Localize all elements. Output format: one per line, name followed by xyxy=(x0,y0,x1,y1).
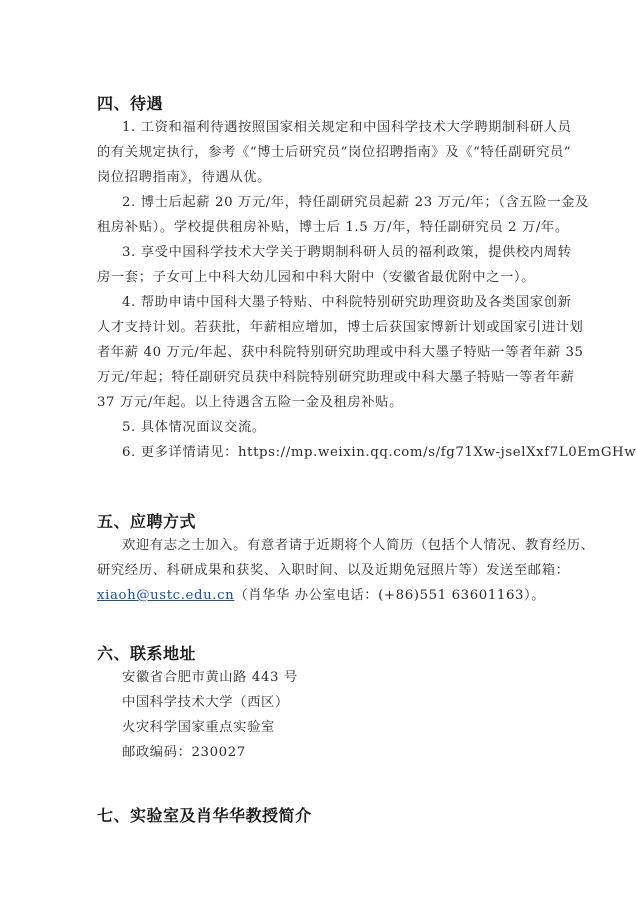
address-street: 安徽省合肥市黄山路 443 号 xyxy=(122,670,541,686)
benefits-item-4-line5: 37 万元/年起。以上待遇含五险一金及租房补贴。 xyxy=(97,395,541,411)
benefits-item-1-line1: 1. 工资和福利待遇按照国家相关规定和中国科学技术大学聘期制科研人员 xyxy=(122,120,541,136)
address-university: 中国科学技术大学（西区） xyxy=(122,695,541,711)
application-line1: 欢迎有志之士加入。有意者请于近期将个人简历（包括个人情况、教育经历、 xyxy=(122,538,541,554)
section-heading-address: 六、联系地址 xyxy=(97,641,196,664)
section-heading-benefits: 四、待遇 xyxy=(97,91,163,114)
contact-phone-text: （肖华华 办公室电话：(+86)551 63601163）。 xyxy=(234,588,545,603)
section-heading-lab-intro: 七、实验室及肖华华教授简介 xyxy=(97,803,312,826)
benefits-item-1-line3: 岗位招聘指南》，待遇从优。 xyxy=(97,170,541,186)
benefits-item-2-line1: 2. 博士后起薪 20 万元/年，特任副研究员起薪 23 万元/年；（含五险一金… xyxy=(122,195,541,211)
benefits-item-3-line1: 3. 享受中国科学技术大学关于聘期制科研人员的福利政策，提供校内周转 xyxy=(122,245,541,261)
benefits-item-4-line2: 人才支持计划。若获批，年薪相应增加，博士后获国家博新计划或国家引进计划 xyxy=(97,320,541,336)
email-link[interactable]: xiaoh@ustc.edu.cn xyxy=(97,588,234,603)
application-line2: 研究经历、科研成果和获奖、入职时间、以及近期免冠照片等）发送至邮箱： xyxy=(97,563,541,579)
benefits-item-4-line3: 者年薪 40 万元/年起、获中科院特别研究助理或中科大墨子特贴一等者年薪 35 xyxy=(97,345,541,361)
benefits-item-2-line2: 租房补贴）。学校提供租房补贴，博士后 1.5 万/年，特任副研究员 2 万/年。 xyxy=(97,220,541,236)
benefits-item-3-line2: 房一套；子女可上中科大幼儿园和中科大附中（安徽省最优附中之一）。 xyxy=(97,270,541,286)
benefits-item-4-line1: 4. 帮助申请中国科大墨子特贴、中科院特别研究助理资助及各类国家创新 xyxy=(122,295,541,311)
application-line3: xiaoh@ustc.edu.cn（肖华华 办公室电话：(+86)551 636… xyxy=(97,588,541,604)
document-page: 四、待遇 1. 工资和福利待遇按照国家相关规定和中国科学技术大学聘期制科研人员 … xyxy=(0,0,637,900)
benefits-item-4-line4: 万元/年起；特任副研究员获中科院特别研究助理或中科大墨子特贴一等者年薪 xyxy=(97,370,541,386)
section-heading-application: 五、应聘方式 xyxy=(97,509,196,532)
benefits-item-6-link[interactable]: 6. 更多详情请见：https://mp.weixin.qq.com/s/fg7… xyxy=(122,445,541,461)
address-postcode: 邮政编码：230027 xyxy=(122,745,541,761)
benefits-item-5: 5. 具体情况面议交流。 xyxy=(122,420,541,436)
benefits-item-1-line2: 的有关规定执行，参考《“博士后研究员”岗位招聘指南》及《“特任副研究员” xyxy=(97,145,541,161)
address-lab: 火灾科学国家重点实验室 xyxy=(122,720,541,736)
